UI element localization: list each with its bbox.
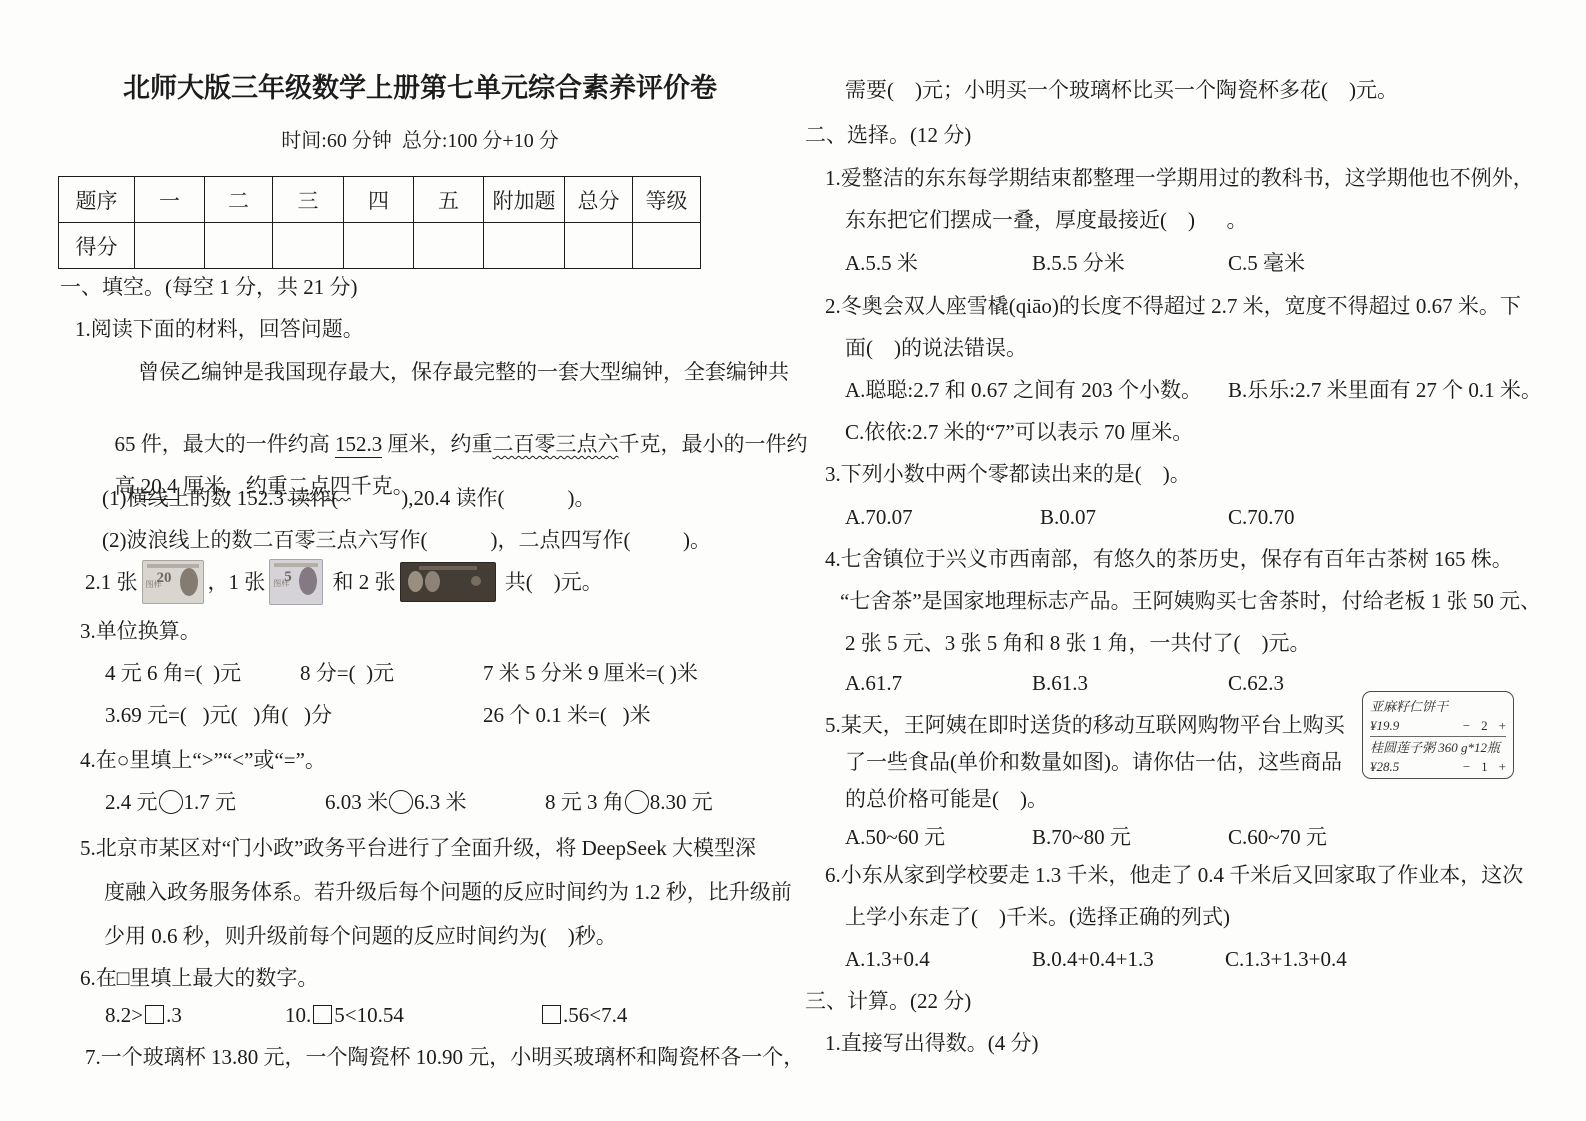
choice-q4-line-2: “七舍茶”是国家地理标志产品。王阿姨购买七舍茶时，付给老板 1 张 50 元、 (840, 586, 1541, 616)
choice-q6-line-2: 上学小东走了( )千米。(选择正确的列式) (845, 902, 1230, 932)
comparison-item: 2.4 元1.7 元 (105, 787, 236, 817)
choice-q3-options: A.70.07 B.0.07 C.70.70 (0, 502, 1586, 532)
choice-q2-line-1: 2.冬奥会双人座雪橇(qiāo)的长度不得超过 2.7 米，宽度不得超过 0.6… (825, 291, 1521, 321)
option-b: B.0.07 (1040, 502, 1096, 532)
product-price: ¥28.5 (1370, 757, 1399, 776)
page-title: 北师大版三年级数学上册第七单元综合素养评价卷 (60, 70, 780, 106)
q3-line-2: 3.69 元=( )元( )角( )分 26 个 0.1 米=( )米 (0, 700, 790, 730)
text-segment: 1.7 元 (184, 790, 237, 814)
option-a: A.5.5 米 (845, 248, 918, 278)
score-header-cell: 三 (273, 177, 344, 223)
banknote-20-yuan-icon: 图样 20 (142, 560, 204, 604)
choice-q5-options: A.50~60 元 B.70~80 元 C.60~70 元 (0, 822, 1586, 852)
score-header-cell: 二 (205, 177, 273, 223)
plus-icon: + (1499, 757, 1506, 776)
text-segment: 2.1 张 (85, 567, 138, 597)
card-divider (1370, 736, 1506, 737)
page-subtitle: 时间:60 分钟 总分:100 分+10 分 (60, 126, 780, 156)
score-header-cell: 等级 (633, 177, 701, 223)
q5-line-2: 度融入政务服务体系。若升级后每个问题的反应时间约为 1.2 秒，比升级前 (104, 877, 792, 907)
score-header-cell: 附加题 (484, 177, 565, 223)
text-segment: 和 2 张 (327, 567, 395, 597)
banknote-decoration (419, 566, 477, 570)
score-table-header-row: 题序 一 二 三 四 五 附加题 总分 等级 (59, 177, 701, 223)
product-price: ¥19.9 (1370, 716, 1399, 735)
q6-items-line: 8.2>.3 10.5<10.54 .56<7.4 (0, 1000, 790, 1030)
score-header-cell: 一 (135, 177, 205, 223)
option-a: A.61.7 (845, 668, 902, 698)
text-segment: 6.03 米 (325, 790, 388, 814)
minus-icon: − (1463, 716, 1470, 735)
score-header-cell: 四 (344, 177, 414, 223)
product-price-row: ¥28.5 −1+ (1370, 757, 1506, 776)
text-segment: 8.30 元 (650, 790, 713, 814)
option-c: C.70.70 (1228, 502, 1295, 532)
product-card: 亚麻籽仁饼干 ¥19.9 −2+ 桂圆莲子粥 360 g*12瓶 ¥28.5 −… (1362, 691, 1514, 779)
seal-icon (471, 576, 481, 586)
choice-q5-line-1: 5.某天，王阿姨在即时送货的移动互联网购物平台上购买 (825, 710, 1345, 740)
choice-q2-line-2: 面( )的说法错误。 (845, 333, 1027, 363)
minus-icon: − (1463, 757, 1470, 776)
text-segment: .3 (166, 1003, 182, 1027)
score-header-cell: 五 (414, 177, 484, 223)
q7-line-1: 7.一个玻璃杯 13.80 元，一个陶瓷杯 10.90 元，小明买玻璃杯和陶瓷杯… (85, 1042, 804, 1072)
plus-icon: + (1499, 716, 1506, 735)
q1-label: 1.阅读下面的材料，回答问题。 (75, 314, 364, 344)
digit-fill-item: 8.2>.3 (105, 1000, 182, 1030)
choice-q4-line-1: 4.七舍镇位于兴义市西南部，有悠久的茶历史，保存有百年古茶树 165 株。 (825, 544, 1513, 574)
section-3-q1-label: 1.直接写出得数。(4 分) (825, 1028, 1039, 1058)
option-b: B.70~80 元 (1032, 822, 1131, 852)
digit-fill-item: .56<7.4 (540, 1000, 627, 1030)
quantity-value: 1 (1481, 757, 1488, 776)
fill-box-placeholder (313, 1005, 332, 1024)
q4-label: 4.在○里填上“>”“<”或“=”。 (80, 745, 326, 775)
option-c: C.1.3+1.3+0.4 (1225, 944, 1347, 974)
option-c: C.依依:2.7 米的“7”可以表示 70 厘米。 (845, 417, 1193, 447)
portrait-icon (408, 571, 423, 592)
product-name: 亚麻籽仁饼干 (1370, 697, 1506, 716)
section-2-heading: 二、选择。(12 分) (805, 120, 971, 150)
score-header-cell: 总分 (565, 177, 633, 223)
text-segment: ，1 张 (208, 567, 266, 597)
choice-q4-options: A.61.7 B.61.3 C.62.3 (0, 668, 1586, 698)
fill-circle-placeholder (625, 790, 649, 814)
option-b: B.乐乐:2.7 米里面有 27 个 0.1 米。 (1228, 375, 1542, 405)
banknote-value: 20 (157, 571, 172, 586)
option-a: A.1.3+0.4 (845, 944, 930, 974)
portrait-icon (299, 567, 317, 595)
quantity-control: −2+ (1452, 716, 1506, 735)
banknote-1-jiao-icon (400, 562, 496, 602)
text-segment: 5<10.54 (334, 1003, 404, 1027)
q2-banknotes-line: 2.1 张 图样 20 ，1 张 图样 5 和 2 张 共( )元。 (85, 558, 603, 606)
quantity-value: 2 (1481, 716, 1488, 735)
option-a: A.50~60 元 (845, 822, 945, 852)
choice-q3-line-1: 3.下列小数中两个零都读出来的是( )。 (825, 459, 1191, 489)
fill-box-placeholder (145, 1005, 164, 1024)
q1-paragraph-line-3: 高 20.4 厘米，约重二点四千克。 (104, 441, 414, 471)
banknote-decoration (274, 563, 318, 567)
product-price-row: ¥19.9 −2+ (1370, 716, 1506, 735)
text-segment: .56<7.4 (563, 1003, 627, 1027)
text-segment: 千克，最小的一件约 (619, 432, 808, 456)
option-c: C.5 毫米 (1228, 248, 1305, 278)
choice-q1-line-2: 东东把它们摆成一叠，厚度最接近( ) 。 (845, 205, 1248, 235)
portrait-icon (425, 571, 440, 592)
product-name: 桂圆莲子粥 360 g*12瓶 (1370, 738, 1506, 757)
fill-box-placeholder (542, 1005, 561, 1024)
banknote-value: 5 (284, 570, 292, 585)
unit-conversion: 26 个 0.1 米=( )米 (483, 700, 651, 730)
section-3-heading: 三、计算。(22 分) (805, 986, 971, 1016)
choice-q5-line-2: 了一些食品(单价和数量如图)。请你估一估，这些商品 (845, 747, 1342, 777)
comparison-item: 6.03 米6.3 米 (325, 787, 467, 817)
text-segment: 2.4 元 (105, 790, 158, 814)
choice-q5-line-3: 的总价格可能是( )。 (845, 784, 1048, 814)
banknote-5-yuan-icon: 图样 5 (269, 559, 323, 605)
q4-comparisons-line: 2.4 元1.7 元 6.03 米6.3 米 8 元 3 角8.30 元 (0, 787, 790, 817)
choice-q4-line-3: 2 张 5 元、3 张 5 角和 8 张 1 角，一共付了( )元。 (845, 628, 1311, 658)
option-b: B.61.3 (1032, 668, 1088, 698)
comparison-item: 8 元 3 角8.30 元 (545, 787, 713, 817)
q7-line-2-carry: 需要( )元；小明买一个玻璃杯比买一个陶瓷杯多花( )元。 (845, 75, 1398, 105)
q3-label: 3.单位换算。 (80, 616, 201, 646)
option-a: A.聪聪:2.7 和 0.67 之间有 203 个小数。 (845, 375, 1202, 405)
wavy-underlined-text: 二百零三点六 (493, 432, 619, 456)
fill-circle-placeholder (389, 790, 413, 814)
text-segment: 共( )元。 (500, 567, 603, 597)
choice-q1-line-1: 1.爱整洁的东东每学期结束都整理一学期用过的教科书，这学期他也不例外， (825, 163, 1534, 193)
text-segment: 10. (285, 1003, 311, 1027)
option-b: B.0.4+0.4+1.3 (1032, 944, 1154, 974)
choice-q1-options: A.5.5 米 B.5.5 分米 C.5 毫米 (0, 248, 1586, 278)
digit-fill-item: 10.5<10.54 (285, 1000, 404, 1030)
option-a: A.70.07 (845, 502, 913, 532)
text-segment: 8.2> (105, 1003, 143, 1027)
option-c: C.62.3 (1228, 668, 1284, 698)
option-c: C.60~70 元 (1228, 822, 1327, 852)
portrait-icon (180, 568, 198, 596)
choice-q2-options-ab: A.聪聪:2.7 和 0.67 之间有 203 个小数。 B.乐乐:2.7 米里… (0, 375, 1586, 405)
text-segment: 8 元 3 角 (545, 790, 624, 814)
fill-circle-placeholder (159, 790, 183, 814)
option-b: B.5.5 分米 (1032, 248, 1125, 278)
quantity-control: −1+ (1452, 757, 1506, 776)
score-header-cell: 题序 (59, 177, 135, 223)
choice-q6-line-1: 6.小东从家到学校要走 1.3 千米，他走了 0.4 千米后又回家取了作业本，这… (825, 860, 1523, 890)
text-segment: 6.3 米 (414, 790, 467, 814)
choice-q6-options: A.1.3+0.4 B.0.4+0.4+1.3 C.1.3+1.3+0.4 (0, 944, 1586, 974)
unit-conversion: 3.69 元=( )元( )角( )分 (105, 700, 332, 730)
